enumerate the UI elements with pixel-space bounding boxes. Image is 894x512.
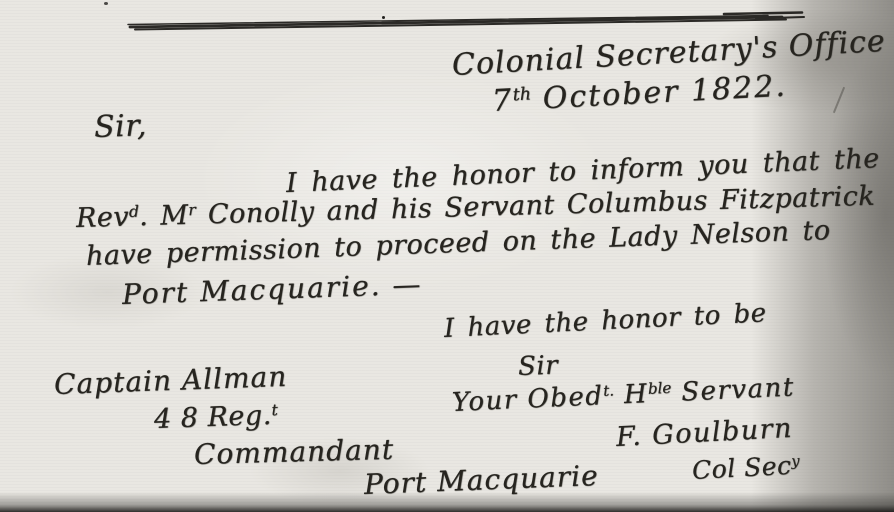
addressee-title: Commandant [194,433,395,471]
salutation: Sir, [93,108,147,145]
signature: F. Goulburn [615,413,793,453]
body-line-4: Port Macquarie. — [121,268,422,311]
reverend-superscript: d [129,202,140,221]
servant-word: Servant [671,372,796,408]
date-day-ordinal: th [512,84,531,105]
addressee-place: Port Macquarie [363,459,599,501]
mister-abbrev: . M [139,200,189,232]
obedient-abbrev: Your Obed [451,381,604,418]
addressee-regiment: 4 8 Reg.t [153,400,278,435]
secretary-superscript: y [791,453,800,469]
top-pen-rule [126,6,821,34]
ink-speck [104,2,108,5]
humble-abbrev: H [614,379,649,411]
scanned-letter-page: Colonial Secretary's Office 7th October … [0,0,894,512]
humble-superscript: ble [647,379,671,398]
regiment-superscript: t [271,400,278,419]
colonial-secretary-abbrev: Col Sec [691,451,792,485]
page-edge-streak [833,87,845,114]
regiment-number: 4 8 Reg. [153,400,272,435]
reverend-abbrev: Rev [76,202,130,234]
date-day: 7 [491,83,514,119]
closing-line-1: I have the honor to be [443,298,767,344]
ink-speck [382,16,385,19]
closing-sir: Sir [517,351,558,382]
signature-title: Col Secy [691,450,800,485]
closing-line-2: Your Obedt. Hble Servant [451,372,795,418]
addressee-name: Captain Allman [53,360,287,401]
